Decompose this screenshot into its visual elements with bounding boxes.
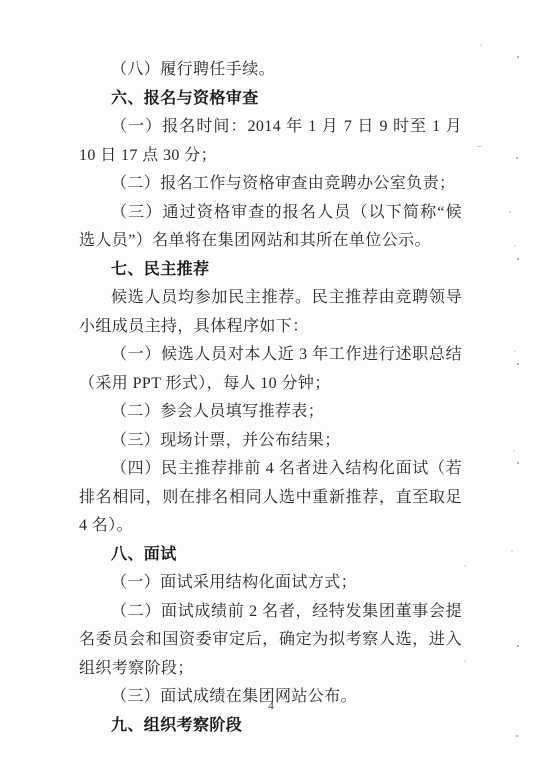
document-body: （八）履行聘任手续。 六、报名与资格审查 （一）报名时间：2014 年 1 月 … xyxy=(79,56,462,740)
scan-speck xyxy=(464,565,466,567)
scan-speck xyxy=(511,550,513,552)
paragraph: （二）参会人员填写推荐表； xyxy=(79,398,462,427)
scan-speck xyxy=(516,157,518,159)
page-number: 4 xyxy=(0,700,542,712)
section-heading: 八、面试 xyxy=(79,541,462,570)
paragraph: 候选人员均参加民主推荐。民主推荐由竞聘领导小组成员主持，具体程序如下： xyxy=(79,284,462,341)
scan-speck xyxy=(517,462,519,464)
document-page: （八）履行聘任手续。 六、报名与资格审查 （一）报名时间：2014 年 1 月 … xyxy=(0,0,542,767)
scan-speck xyxy=(517,645,519,647)
paragraph: （三）通过资格审查的报名人员（以下简称“候选人员”）名单将在集团网站和其所在单位… xyxy=(79,199,462,256)
paragraph: （二）报名工作与资格审查由竞聘办公室负责； xyxy=(79,170,462,199)
paragraph: （二）面试成绩前 2 名者，经特发集团董事会提名委员会和国资委审定后，确定为拟考… xyxy=(79,598,462,684)
paragraph: （一）面试采用结构化面试方式； xyxy=(79,569,462,598)
scan-speck xyxy=(464,660,466,662)
scan-speck xyxy=(517,363,519,365)
paragraph: （三）现场计票，并公布结果； xyxy=(79,427,462,456)
scan-speck xyxy=(517,258,519,260)
scan-speck xyxy=(514,350,516,352)
paragraph: （八）履行聘任手续。 xyxy=(79,56,462,85)
section-heading: 九、组织考察阶段 xyxy=(79,712,462,741)
scan-speck xyxy=(514,245,516,247)
paragraph: （一）候选人员对本人近 3 年工作进行述职总结（采用 PPT 形式），每人 10… xyxy=(79,341,462,398)
section-heading: 七、民主推荐 xyxy=(79,256,462,285)
scan-speck xyxy=(517,56,519,58)
paragraph: （一）报名时间：2014 年 1 月 7 日 9 时至 1 月 10 日 17 … xyxy=(79,113,462,170)
scan-speck xyxy=(516,735,518,737)
paragraph: （四）民主推荐排前 4 名者进入结构化面试（若排名相同，则在排名相同人选中重新推… xyxy=(79,455,462,541)
section-heading: 六、报名与资格审查 xyxy=(79,85,462,114)
scan-speck xyxy=(477,146,482,147)
scan-speck xyxy=(513,450,515,452)
scan-speck xyxy=(509,211,511,213)
scan-speck xyxy=(480,44,482,46)
